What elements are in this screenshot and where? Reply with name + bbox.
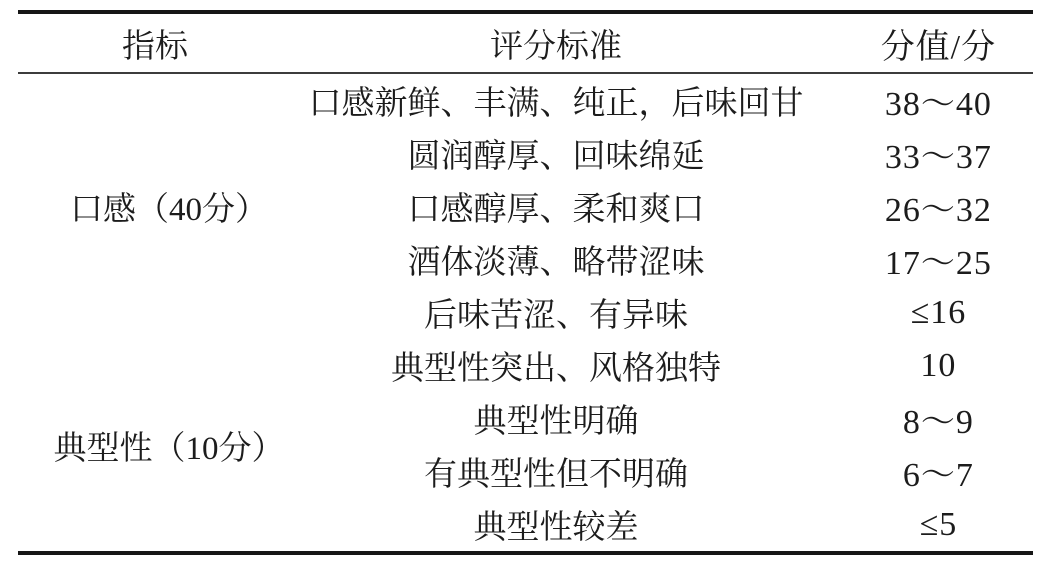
scoring-criteria-table: 指标 评分标准 分值/分 口感（40分） 口感新鲜、丰满、纯正，后味回甘 38～…	[18, 10, 1033, 555]
page: 指标 评分标准 分值/分 口感（40分） 口感新鲜、丰满、纯正，后味回甘 38～…	[0, 0, 1063, 573]
criteria-cell: 圆润醇厚、回味绵延	[292, 127, 820, 180]
header-indicator: 指标	[18, 12, 292, 73]
score-cell: 6～7	[820, 445, 1033, 498]
score-cell: 8～9	[820, 392, 1033, 445]
score-cell: 33～37	[820, 127, 1033, 180]
criteria-cell: 典型性较差	[292, 498, 820, 553]
score-cell: 38～40	[820, 73, 1033, 127]
score-cell: 10	[820, 339, 1033, 392]
indicator-cell-typicality: 典型性（10分）	[18, 339, 292, 553]
criteria-cell: 口感醇厚、柔和爽口	[292, 180, 820, 233]
indicator-cell-taste: 口感（40分）	[18, 73, 292, 339]
criteria-cell: 后味苦涩、有异味	[292, 286, 820, 339]
table-row-taste-1: 口感（40分） 口感新鲜、丰满、纯正，后味回甘 38～40	[18, 73, 1033, 127]
score-cell: ≤16	[820, 286, 1033, 339]
table-header-row: 指标 评分标准 分值/分	[18, 12, 1033, 73]
criteria-cell: 典型性明确	[292, 392, 820, 445]
header-score: 分值/分	[820, 12, 1033, 73]
table-row-typicality-1: 典型性（10分） 典型性突出、风格独特 10	[18, 339, 1033, 392]
score-cell: 17～25	[820, 233, 1033, 286]
criteria-cell: 典型性突出、风格独特	[292, 339, 820, 392]
criteria-cell: 口感新鲜、丰满、纯正，后味回甘	[292, 73, 820, 127]
header-criteria: 评分标准	[292, 12, 820, 73]
score-cell: 26～32	[820, 180, 1033, 233]
criteria-cell: 酒体淡薄、略带涩味	[292, 233, 820, 286]
criteria-cell: 有典型性但不明确	[292, 445, 820, 498]
score-cell: ≤5	[820, 498, 1033, 553]
